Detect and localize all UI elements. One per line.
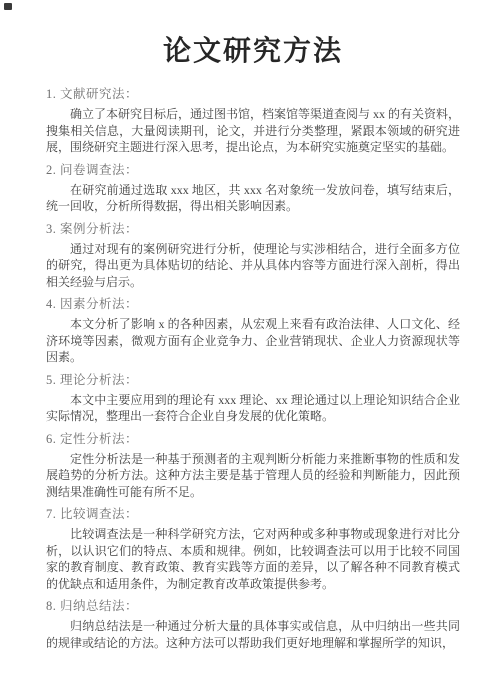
section-heading: 4. 因素分析法：: [46, 296, 460, 313]
section-body: 本文中主要应用到的理论有 xxx 理论、xx 理论通过以上理论知识结合企业实际情…: [46, 392, 460, 425]
document-page: 论文研究方法 1. 文献研究法： 确立了本研究目标后，通过图书馆，档案馆等渠道查…: [0, 0, 500, 698]
section-heading: 6. 定性分析法：: [46, 431, 460, 448]
section-body: 归纳总结法是一种通过分析大量的具体事实或信息，从中归纳出一些共同的规律或结论的方…: [46, 618, 460, 651]
section-body: 确立了本研究目标后，通过图书馆，档案馆等渠道查阅与 xx 的有关资料，搜集相关信…: [46, 106, 460, 156]
section-body: 本文分析了影响 x 的各种因素，从宏观上来看有政治法律、人口文化、经济环境等因素…: [46, 316, 460, 366]
section-literature-research: 1. 文献研究法： 确立了本研究目标后，通过图书馆，档案馆等渠道查阅与 xx 的…: [46, 86, 460, 156]
section-questionnaire-survey: 2. 问卷调查法： 在研究前通过选取 xxx 地区，共 xxx 名对象统一发放问…: [46, 162, 460, 215]
document-title: 论文研究方法: [46, 32, 460, 72]
section-heading: 8. 归纳总结法：: [46, 598, 460, 615]
section-inductive-summary: 8. 归纳总结法： 归纳总结法是一种通过分析大量的具体事实或信息，从中归纳出一些…: [46, 598, 460, 651]
section-theory-analysis: 5. 理论分析法： 本文中主要应用到的理论有 xxx 理论、xx 理论通过以上理…: [46, 372, 460, 425]
section-comparative-survey: 7. 比较调查法： 比较调查法是一种科学研究方法，它对两种或多种事物或现象进行对…: [46, 506, 460, 592]
section-body: 通过对现有的案例研究进行分析，使理论与实涉相结合，进行全面多方位的研究，得出更为…: [46, 241, 460, 291]
section-heading: 1. 文献研究法：: [46, 86, 460, 103]
section-case-analysis: 3. 案例分析法： 通过对现有的案例研究进行分析，使理论与实涉相结合，进行全面多…: [46, 221, 460, 291]
scan-artifact-mark: [4, 3, 12, 10]
section-heading: 2. 问卷调查法：: [46, 162, 460, 179]
section-heading: 7. 比较调查法：: [46, 506, 460, 523]
section-qualitative-analysis: 6. 定性分析法： 定性分析法是一种基于预测者的主观判断分析能力来推断事物的性质…: [46, 431, 460, 501]
section-body: 比较调查法是一种科学研究方法，它对两种或多种事物或现象进行对比分析，以认识它们的…: [46, 526, 460, 592]
section-heading: 5. 理论分析法：: [46, 372, 460, 389]
section-heading: 3. 案例分析法：: [46, 221, 460, 238]
section-body: 定性分析法是一种基于预测者的主观判断分析能力来推断事物的性质和发展趋势的分析方法…: [46, 451, 460, 501]
section-body: 在研究前通过选取 xxx 地区，共 xxx 名对象统一发放问卷，填写结束后，统一…: [46, 182, 460, 215]
section-factor-analysis: 4. 因素分析法： 本文分析了影响 x 的各种因素，从宏观上来看有政治法律、人口…: [46, 296, 460, 366]
